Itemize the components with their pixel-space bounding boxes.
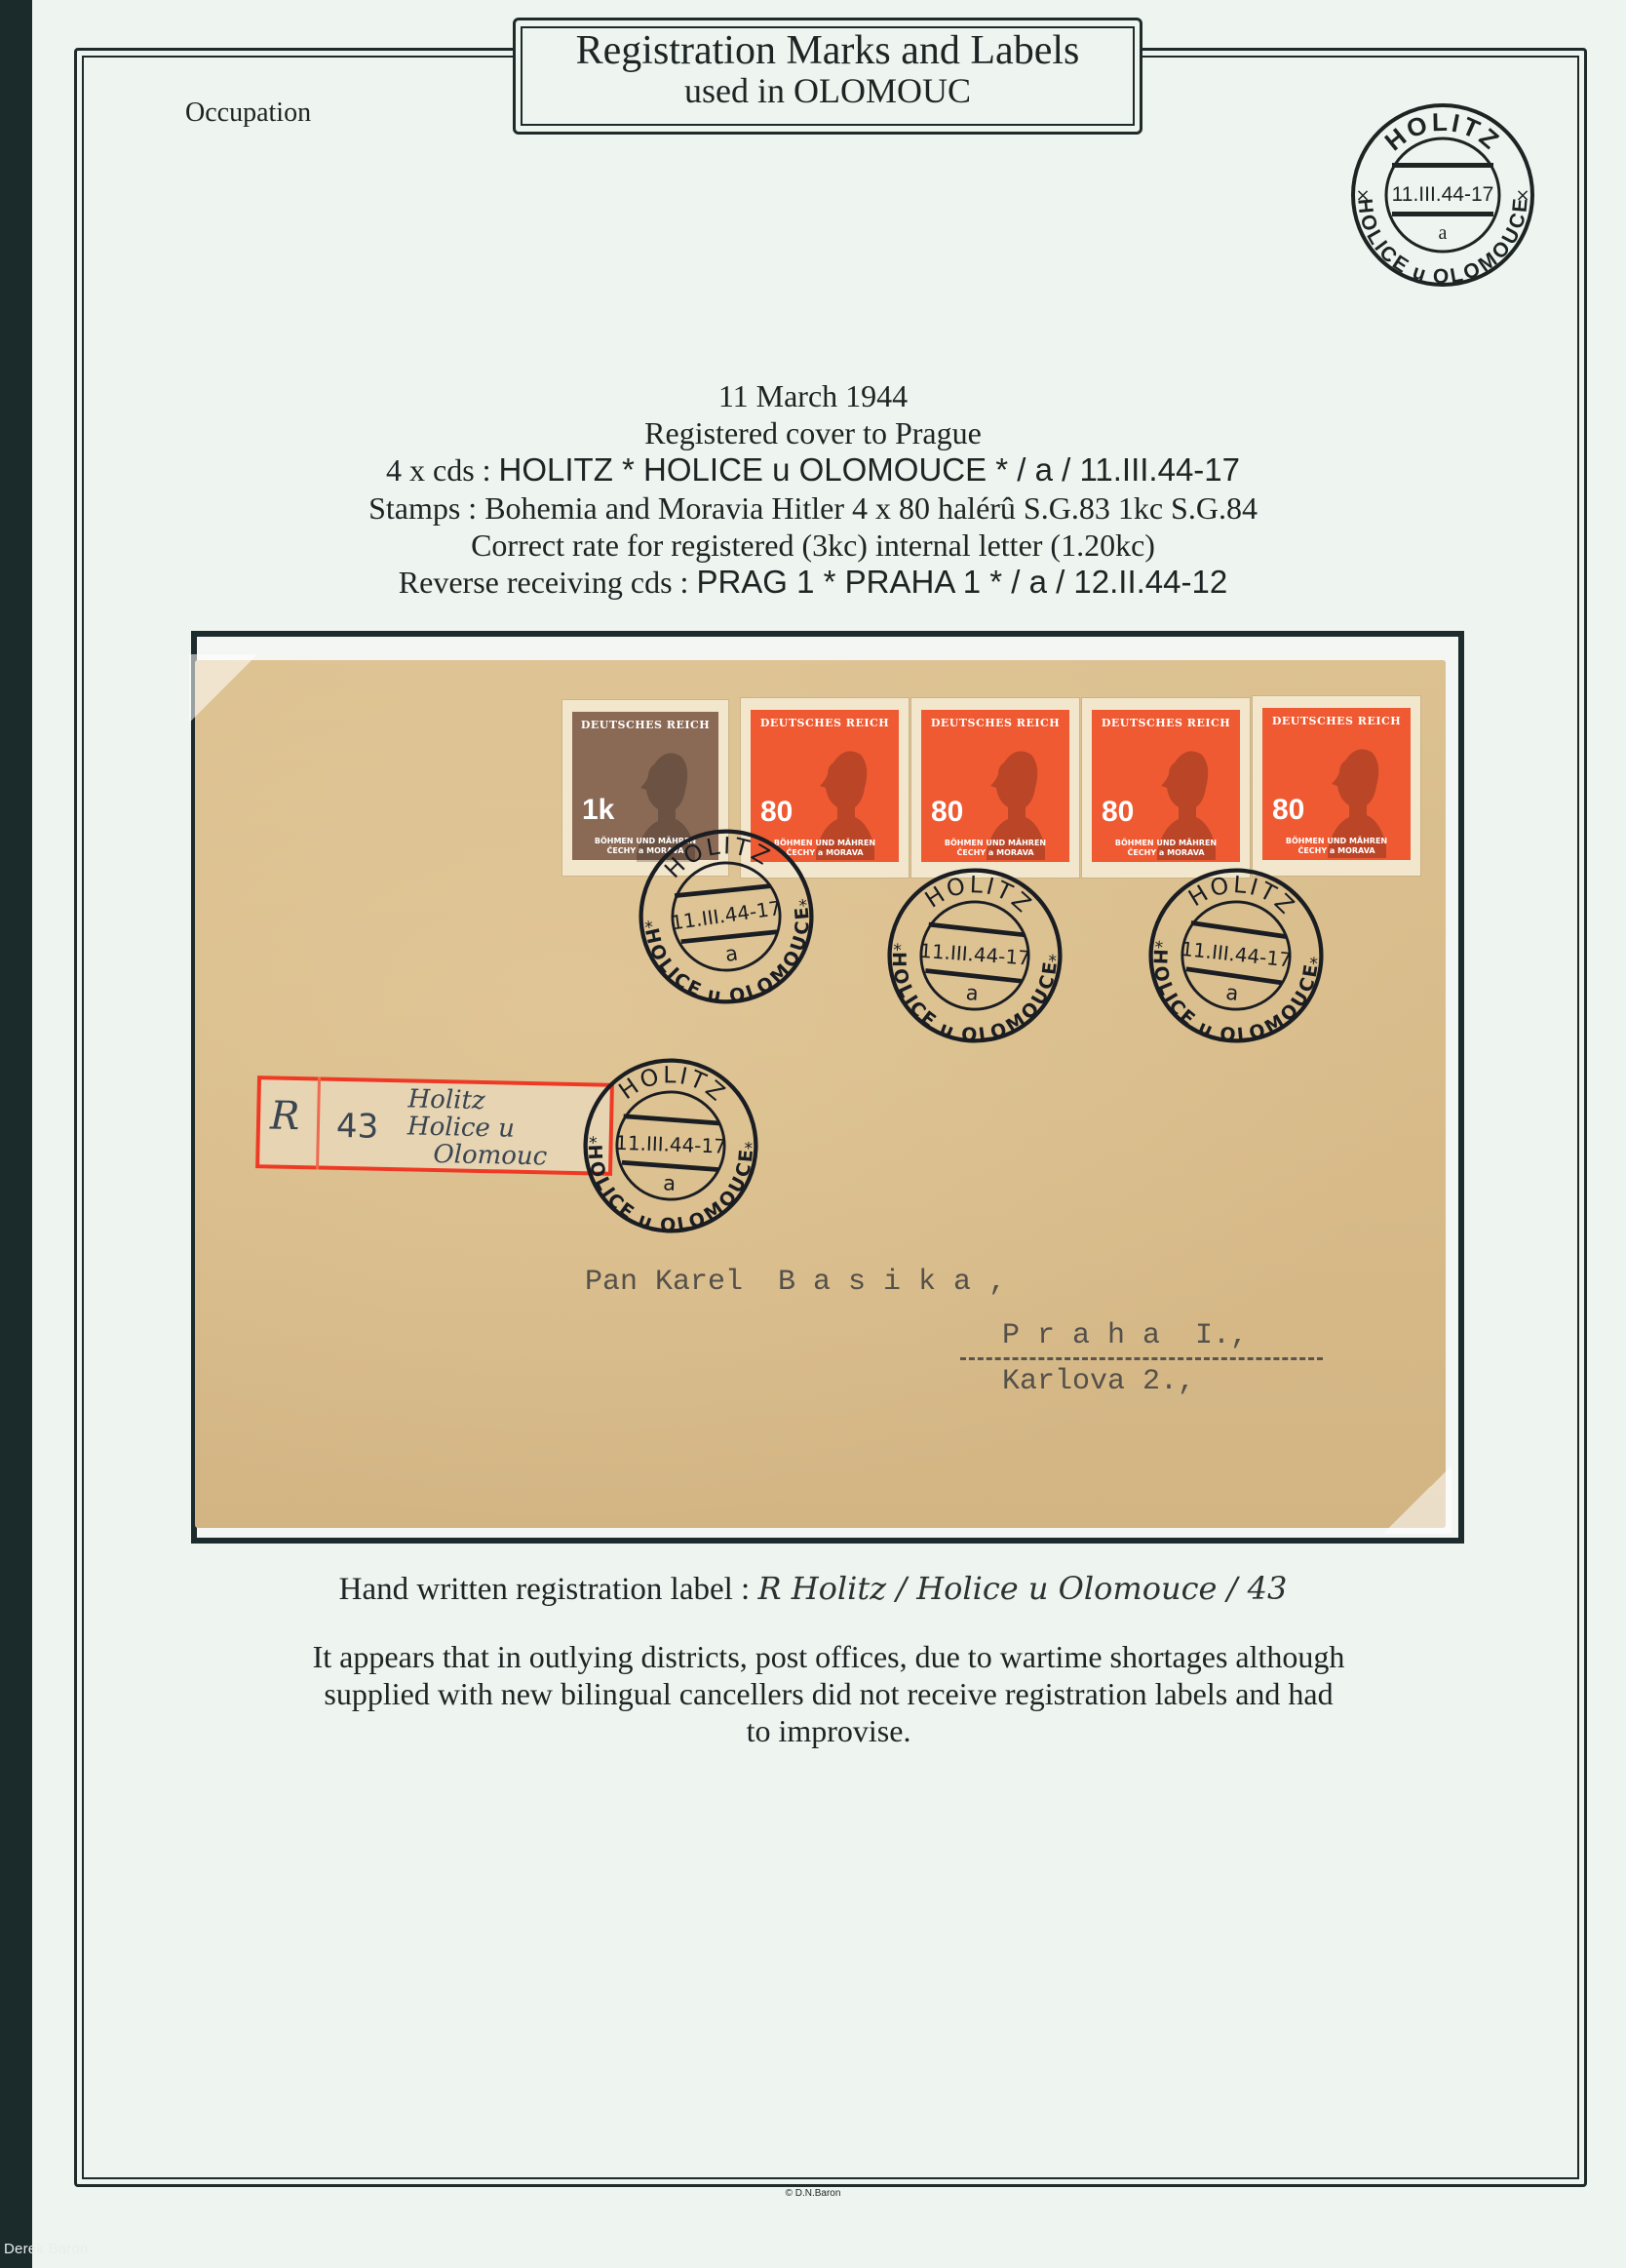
svg-text:a: a xyxy=(965,981,979,1005)
postmark-date: 11.III.44-17 xyxy=(1392,183,1494,206)
stamp-header: DEUTSCHES REICH xyxy=(755,714,895,733)
stamp-value: 1k xyxy=(582,794,614,827)
cancellation-postmark: HOLITZ 11.III.44-17 a * * HOLICE u OLOMO… xyxy=(622,812,832,1022)
mount-corner-top-left xyxy=(189,654,257,723)
stamp-value: 80 xyxy=(1102,796,1134,829)
cover-date: 11 March 1944 xyxy=(0,378,1626,413)
notes-line3: to improvise. xyxy=(146,1712,1511,1749)
notes-paragraph: It appears that in outlying districts, p… xyxy=(146,1638,1511,1749)
stamp: DEUTSCHES REICH 80 BÖHMEN UND MÄHRENČECH… xyxy=(1082,698,1250,878)
stamp-header: DEUTSCHES REICH xyxy=(925,714,1065,733)
page-subtitle: used in OLOMOUC xyxy=(516,71,1140,110)
rate-line: Correct rate for registered (3kc) intern… xyxy=(0,528,1626,563)
stamp-footer: BÖHMEN UND MÄHRENČECHY a MORAVA xyxy=(923,839,1067,858)
svg-text:11.III.44-17: 11.III.44-17 xyxy=(670,896,783,935)
stamp-footer: BÖHMEN UND MÄHRENČECHY a MORAVA xyxy=(1264,837,1409,856)
notes-line1: It appears that in outlying districts, p… xyxy=(146,1638,1511,1675)
stamp-value: 80 xyxy=(931,796,963,829)
cancellation-postmark: HOLITZ 11.III.44-17 a * * HOLICE u OLOMO… xyxy=(1135,854,1338,1058)
copyright: © D.N.Baron xyxy=(0,2188,1626,2199)
notes-line2: supplied with new bilingual cancellers d… xyxy=(146,1675,1511,1712)
svg-text:HOLITZ: HOLITZ xyxy=(613,1059,733,1109)
cds-label: 4 x cds : xyxy=(386,452,499,488)
section-label: Occupation xyxy=(185,98,311,129)
cancellation-postmark: HOLITZ 11.III.44-17 a * * HOLICE u OLOMO… xyxy=(876,857,1074,1055)
svg-text:HOLITZ: HOLITZ xyxy=(918,867,1040,920)
svg-text:a: a xyxy=(663,1171,677,1194)
registration-line1: Holitz xyxy=(407,1084,485,1115)
left-edge-strip xyxy=(0,0,32,2268)
page-title: Registration Marks and Labels xyxy=(516,28,1140,73)
cds-value: HOLITZ * HOLICE u OLOMOUCE * / a / 11.II… xyxy=(499,451,1240,488)
cds-line: 4 x cds : HOLITZ * HOLICE u OLOMOUCE * /… xyxy=(0,452,1626,488)
stamp-header: DEUTSCHES REICH xyxy=(1096,714,1236,733)
stamp: DEUTSCHES REICH 80 BÖHMEN UND MÄHRENČECH… xyxy=(911,698,1079,878)
svg-text:HOLITZ: HOLITZ xyxy=(1181,865,1304,922)
postmark-top-text: HOLITZ xyxy=(1379,107,1507,157)
stamp-value: 80 xyxy=(1272,794,1304,827)
stamps-line: Stamps : Bohemia and Moravia Hitler 4 x … xyxy=(0,490,1626,526)
address-line1: Pan Karel B a s i k a , xyxy=(585,1266,1006,1299)
title-box: Registration Marks and Labels used in OL… xyxy=(513,18,1142,135)
reverse-cds-line: Reverse receiving cds : PRAG 1 * PRAHA 1… xyxy=(0,565,1626,600)
registration-line2: Holice u xyxy=(407,1112,516,1143)
caption-script: R Holitz / Holice u Olomouce / 43 xyxy=(757,1570,1287,1607)
stamp-face: DEUTSCHES REICH 80 BÖHMEN UND MÄHRENČECH… xyxy=(1092,710,1240,862)
caption-label: Hand written registration label : xyxy=(339,1572,758,1607)
svg-text:a: a xyxy=(723,941,739,966)
svg-text:HOLITZ: HOLITZ xyxy=(1379,107,1507,157)
stamp-header: DEUTSCHES REICH xyxy=(576,716,715,735)
address-line3: Karlova 2., xyxy=(1002,1365,1195,1398)
reverse-label: Reverse receiving cds : xyxy=(399,565,697,600)
svg-text:11.III.44-17: 11.III.44-17 xyxy=(1180,937,1293,972)
stamp-face: DEUTSCHES REICH 80 BÖHMEN UND MÄHRENČECH… xyxy=(1262,708,1411,860)
svg-text:11.III.44-17: 11.III.44-17 xyxy=(615,1131,726,1158)
reverse-value: PRAG 1 * PRAHA 1 * / a / 12.II.44-12 xyxy=(696,564,1227,600)
stamp: DEUTSCHES REICH 80 BÖHMEN UND MÄHRENČECH… xyxy=(1253,696,1420,876)
stamp-header: DEUTSCHES REICH xyxy=(1266,712,1407,731)
address-line2: P r a h a I., xyxy=(1002,1319,1248,1352)
postmark-illustration: HOLITZ 11.III.44-17 a × × HOLICE u OLOMO… xyxy=(1345,98,1540,293)
postmark-letter: a xyxy=(1439,222,1448,244)
label-caption: Hand written registration label : R Holi… xyxy=(0,1570,1626,1608)
registration-r: R xyxy=(270,1093,300,1139)
registration-line3: Olomouc xyxy=(433,1140,548,1171)
cover-subtitle: Registered cover to Prague xyxy=(0,415,1626,450)
watermark: Derek Baron xyxy=(4,2241,88,2257)
address-underline xyxy=(960,1357,1323,1360)
mount-corner-bottom-right xyxy=(1383,1466,1452,1534)
svg-text:11.III.44-17: 11.III.44-17 xyxy=(919,939,1031,970)
stamp-face: DEUTSCHES REICH 80 BÖHMEN UND MÄHRENČECH… xyxy=(921,710,1069,862)
registration-number: 43 xyxy=(336,1107,379,1147)
svg-text:a: a xyxy=(1224,981,1239,1005)
cancellation-postmark: HOLITZ 11.III.44-17 a * * HOLICE u OLOMO… xyxy=(575,1050,767,1242)
registration-label: R 43 Holitz Holice u Olomouc xyxy=(255,1075,614,1176)
